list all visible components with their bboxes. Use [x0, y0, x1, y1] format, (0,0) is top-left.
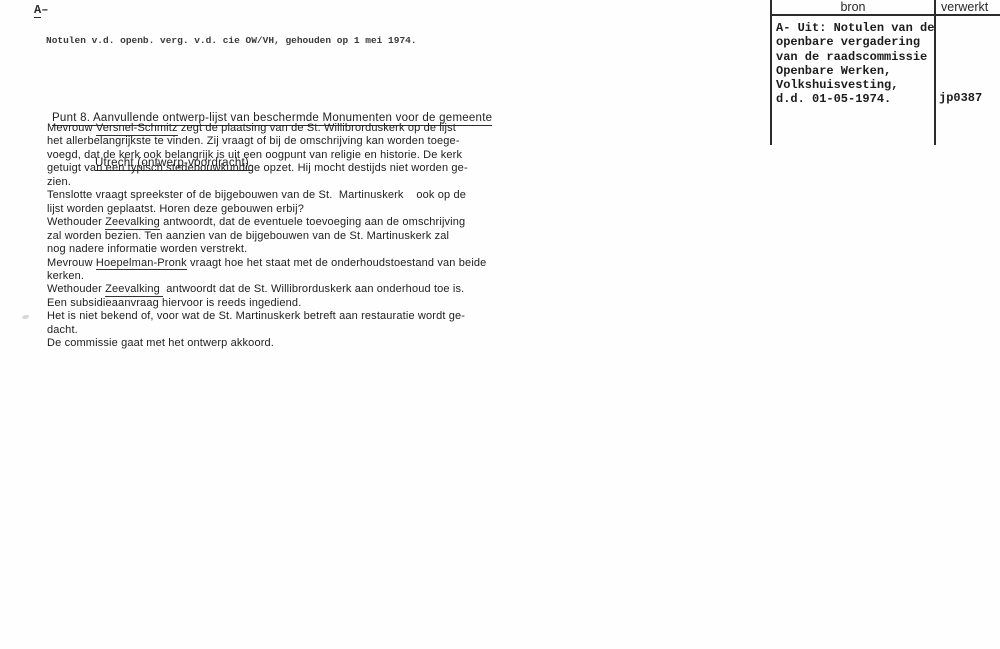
source-note: A- Uit: Notulen van deopenbare vergaderi… — [776, 21, 934, 107]
source-note-line: van de raadscommissie — [776, 50, 934, 64]
body-line: Wethouder Zeevalking antwoordt dat de St… — [47, 283, 486, 296]
source-note-line: Openbare Werken, — [776, 64, 934, 78]
body-line: lijst worden geplaatst. Horen deze gebou… — [47, 203, 486, 216]
body-line: getuigt van een typisch stedebouwkundige… — [47, 162, 486, 175]
source-note-line: Volkshuisvesting, — [776, 78, 934, 92]
source-note-line: openbare vergadering — [776, 35, 934, 49]
minutes-body-text: Mevrouw Versnel-Schmitz zegt de plaatsin… — [47, 122, 486, 351]
body-line: kerken. — [47, 270, 486, 283]
body-line: nog nadere informatie worden verstrekt. — [47, 243, 486, 256]
source-table: bron verwerkt A- Uit: Notulen van deopen… — [0, 0, 1000, 150]
source-note-line: A- Uit: Notulen van de — [776, 21, 934, 35]
body-line: De commissie gaat met het ontwerp akkoor… — [47, 337, 486, 350]
body-line: voegd, dat de kerk ook belangrijk is uit… — [47, 149, 486, 162]
body-line: dacht. — [47, 324, 486, 337]
body-line: Tenslotte vraagt spreekster of de bijgeb… — [47, 189, 486, 202]
table-header-rule — [770, 14, 1000, 16]
column-header-verwerkt: verwerkt — [941, 0, 988, 14]
body-line: zal worden bezien. Ten aanzien van de bi… — [47, 230, 486, 243]
body-line: Mevrouw Hoepelman-Pronk vraagt hoe het s… — [47, 257, 486, 270]
body-line: Het is niet bekend of, voor wat de St. M… — [47, 310, 486, 323]
table-left-border — [770, 0, 772, 145]
column-header-bron: bron — [772, 0, 934, 14]
processed-code: jp0387 — [939, 91, 982, 105]
scan-speck-artifact — [22, 314, 30, 320]
body-line: Wethouder Zeevalking antwoordt, dat de e… — [47, 216, 486, 229]
body-line: zien. — [47, 176, 486, 189]
source-note-line: d.d. 01-05-1974. — [776, 92, 934, 106]
scanned-document-page: A– Notulen v.d. openb. verg. v.d. cie OW… — [0, 0, 1000, 649]
body-line: Een subsidieaanvraag hiervoor is reeds i… — [47, 297, 486, 310]
